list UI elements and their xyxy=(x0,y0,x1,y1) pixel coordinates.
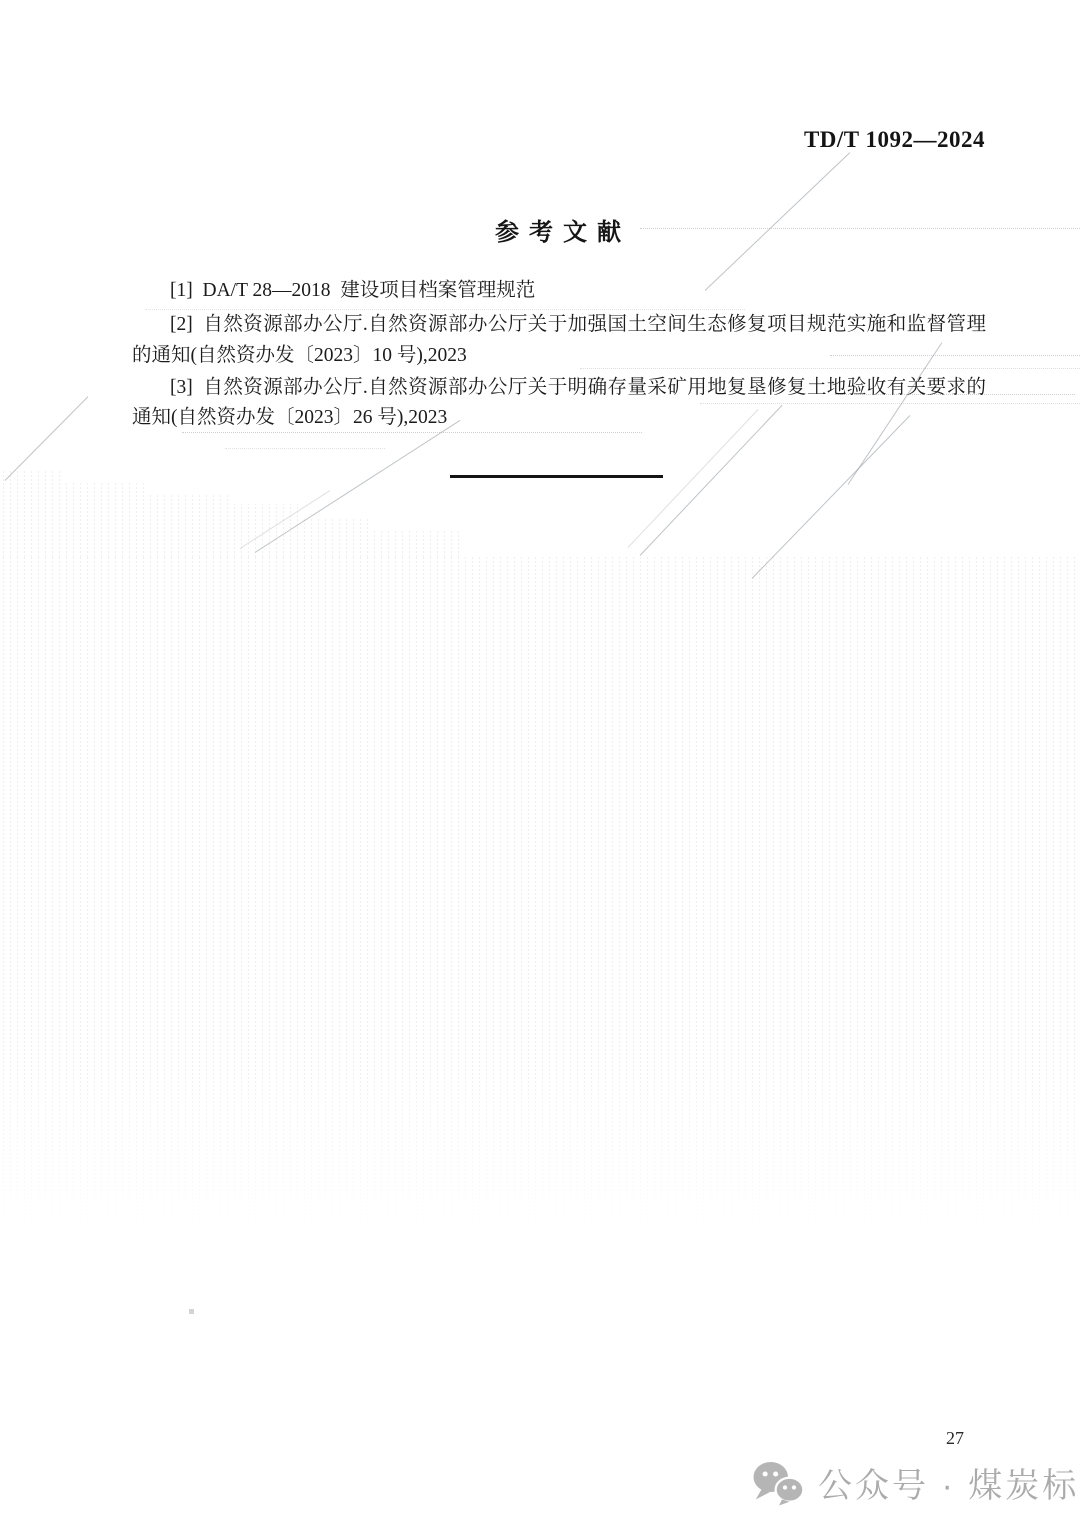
scan-streak xyxy=(5,396,89,481)
scan-streak xyxy=(752,415,911,579)
page-number: 27 xyxy=(930,1428,980,1449)
reference-1-line-1: [1] DA/T 28—2018 建设项目档案管理规范 xyxy=(170,276,535,306)
dotted-artifact xyxy=(830,355,1080,356)
standard-code: TD/T 1092—2024 xyxy=(640,127,985,153)
scan-streak xyxy=(255,420,461,553)
scan-streak xyxy=(240,490,330,549)
scan-streak xyxy=(628,409,759,548)
reference-3-line-1: [3] 自然资源部办公厅.自然资源部办公厅关于明确存量采矿用地复垦修复土地验收有… xyxy=(170,373,986,403)
reference-2-line-1: [2] 自然资源部办公厅.自然资源部办公厅关于加强国土空间生态修复项目规范实施和… xyxy=(170,310,986,340)
scan-streak xyxy=(848,342,943,484)
dotted-artifact xyxy=(225,448,385,449)
watermark-text: 公众号 · 煤炭标准 xyxy=(818,1458,1080,1507)
scan-speck xyxy=(189,1309,194,1314)
wechat-icon xyxy=(752,1460,806,1506)
end-rule xyxy=(450,475,663,478)
references-title: 参 考 文 献 xyxy=(133,212,985,247)
halftone-texture-main xyxy=(0,556,1080,1256)
scan-streak xyxy=(640,405,783,556)
scanned-document-page: TD/T 1092—2024 参 考 文 献 [1] DA/T 28—2018 … xyxy=(0,0,1080,1528)
reference-3-line-2: 通知(自然资办发〔2023〕26 号),2023 xyxy=(132,403,447,433)
halftone-texture-upper-left xyxy=(0,466,460,558)
dotted-artifact xyxy=(580,368,1080,369)
dotted-artifact xyxy=(700,403,1080,404)
reference-2-line-2: 的通知(自然资办发〔2023〕10 号),2023 xyxy=(132,341,467,371)
watermark: 公众号 · 煤炭标准 xyxy=(752,1458,1080,1507)
